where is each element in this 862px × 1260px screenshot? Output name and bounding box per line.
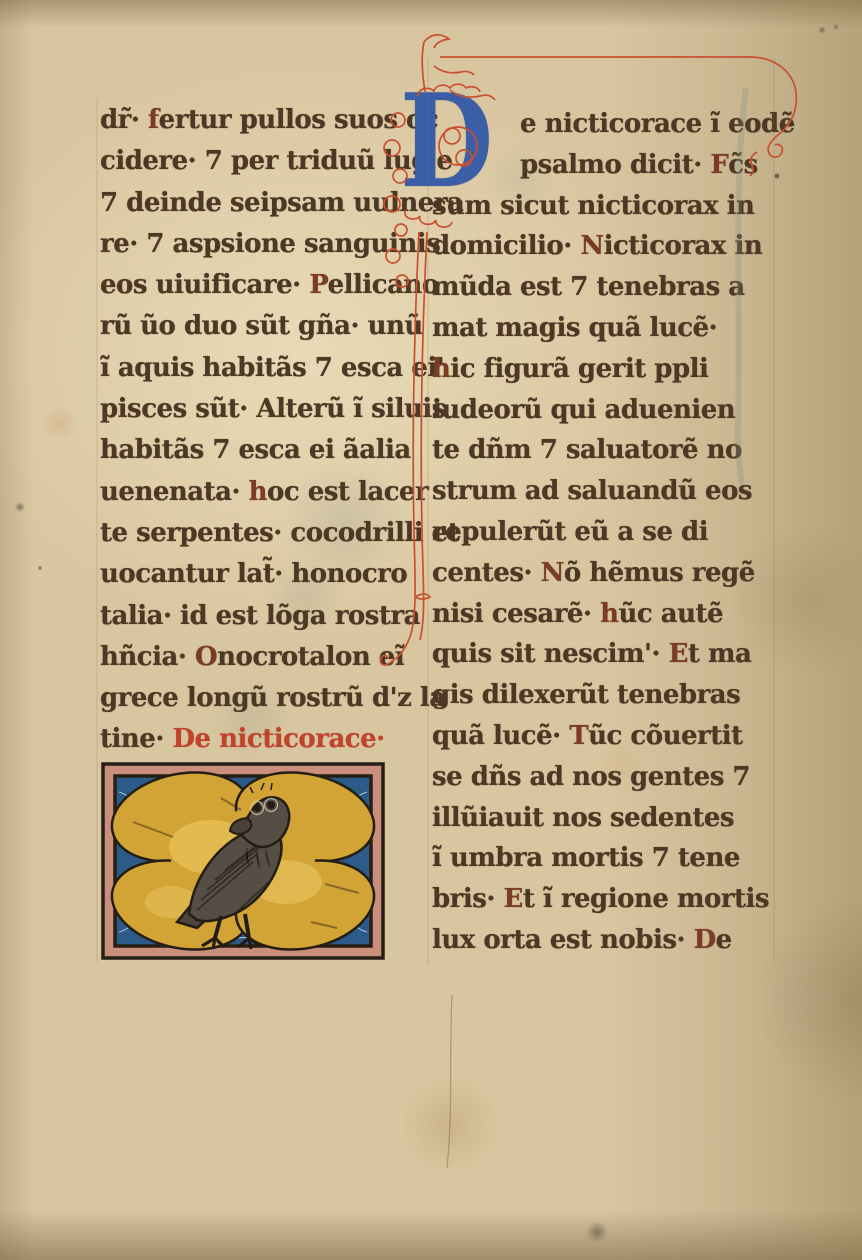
text-line: gis dilexerũt tenebras [432, 675, 782, 716]
text-line: strum ad saluandũ eos [432, 471, 782, 512]
text-line: habitãs 7 esca ei ãalia [100, 430, 400, 471]
text-line: ĩ aquis habitãs 7 esca ei' [100, 348, 400, 389]
text-line: iudeorũ qui aduenien [432, 390, 782, 431]
text-line: re· 7 aspsione sanguinis [100, 224, 400, 265]
text-line: talia· id est lõga rostra [100, 596, 400, 637]
text-line: quis sit nescim'· Et ma [432, 634, 782, 675]
fold-crack [447, 995, 452, 1168]
text-line: psalmo dicit· Fc̃s [520, 145, 782, 186]
miniature-frame [101, 762, 385, 960]
text-line: pisces sũt· Alterũ ĩ siluis [100, 389, 400, 430]
text-line: 7 deinde seipsam uulnera [100, 183, 400, 224]
text-line: ĩ umbra mortis 7 tene [432, 838, 782, 879]
text-line: uenenata· hoc est lacer [100, 472, 400, 513]
left-text-column: dr̃· fertur pullos suos occidere· 7 per … [100, 100, 400, 761]
text-line: rũ ũo duo sũt gña· unũ [100, 306, 400, 347]
text-line: lux orta est nobis· De [432, 920, 782, 961]
text-line: uocantur lat̃· honocro [100, 554, 400, 595]
text-line: mũda est 7 tenebras a [432, 267, 782, 308]
text-line: te dñm 7 saluatorẽ no [432, 430, 782, 471]
text-line: hñcia· Onocrotalon eĩ [100, 637, 400, 678]
text-line: hic figurã gerit ppli [432, 349, 782, 390]
text-line: se dñs ad nos gentes 7 [432, 757, 782, 798]
text-line: tine· De nicticorace· [100, 719, 400, 760]
right-text-column: e nicticorace ĩ eodẽpsalmo dicit· Fc̃ssu… [432, 104, 782, 961]
text-line: mat magis quã lucẽ· [432, 308, 782, 349]
text-line: eos uiuificare· Pellicano [100, 265, 400, 306]
text-line: bris· Et ĩ regione mortis [432, 879, 782, 920]
text-line: domicilio· Nicticorax in [432, 226, 782, 267]
text-line: grece longũ rostrũ d'z la [100, 678, 400, 719]
text-line: repulerũt eũ a se di [432, 512, 782, 553]
text-line: nisi cesarẽ· hũc autẽ [432, 594, 782, 635]
bird-illustration [101, 762, 385, 960]
text-line: cidere· 7 per triduũ lug'e [100, 141, 400, 182]
text-line: dr̃· fertur pullos suos oc [100, 100, 400, 141]
text-line: te serpentes· cocodrilli et [100, 513, 400, 554]
text-line: quã lucẽ· Tũc cõuertit [432, 716, 782, 757]
text-line: centes· Nõ hẽmus regẽ [432, 553, 782, 594]
decorated-initial-d: D [400, 88, 489, 196]
text-line: illũiauit nos sedentes [432, 798, 782, 839]
manuscript-page: dr̃· fertur pullos suos occidere· 7 per … [0, 0, 862, 1260]
text-line: e nicticorace ĩ eodẽ [520, 104, 782, 145]
